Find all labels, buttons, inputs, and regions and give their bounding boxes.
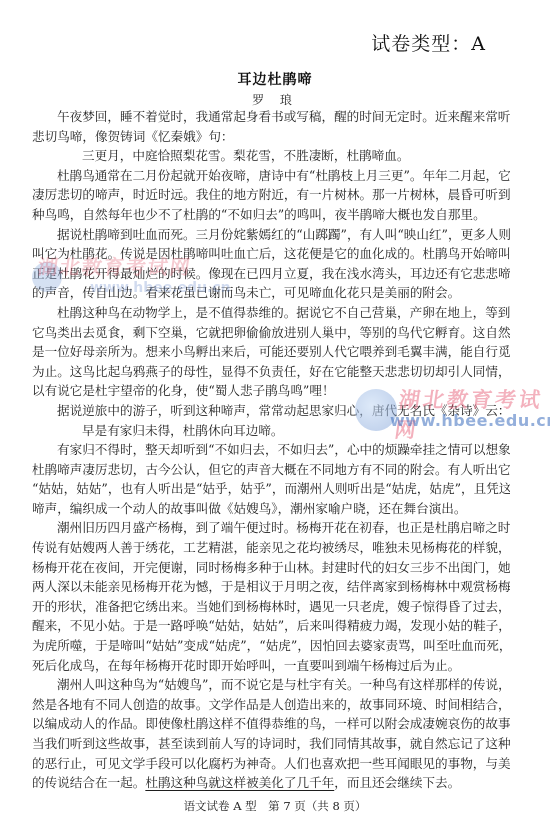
final-text-line: 的传说结合在一起。杜鹃这种鸟就这样被美化了几千年，而且还会继续下去。 (32, 773, 510, 793)
text-line: 种鸟鸣，自然每年也少不了杜鹃的“不如归去”的鸣叫，夜半鹃啼大概也发自那里。 (32, 205, 510, 225)
watermark-url: www.hbee.edu.cn (390, 411, 550, 430)
text-line: 杜鹃鸟通常在二月份起就开始夜啼，唐诗中有“杜鹃枝上月三更”。年年二月起，它的 (32, 166, 510, 186)
article-body: 午夜梦回，睡不着觉时，我通常起身看书或写稿，醒的时间无定时。近来醒来常听见 悲切… (32, 107, 510, 793)
watermark-url: www.hbee.edu.cn (90, 280, 231, 296)
text-line: 潮州人叫这种鸟为“姑嫂鸟”，而不说它是与杜宇有关。一种鸟有这样那样的传说，自 (32, 675, 510, 695)
text-line: 杨梅开花在夜间，开完便谢，同时杨梅多种于山林。封建时代的妇女三步不出闺门，她们 (32, 558, 510, 578)
text-line: 据说杜鹃啼到吐血而死。三月份姹紫嫣红的“山踯躅”，有人叫“映山红”，更多人则 (32, 225, 510, 245)
watermark-text: 湖北教育考试网 (36, 251, 194, 280)
text-line: 它鸟类出去觅食，剩下空巢，它就把卵偷偷放进别人巢中，等别的鸟代它孵育。这自然不 (32, 323, 510, 343)
final-line-start: 的传说结合在一起。 (32, 775, 145, 790)
text-line: 以编成动人的作品。即使像杜鹃这样不值得恭维的鸟，一样可以附会成凄婉哀伤的故事。 (32, 714, 510, 734)
text-line: 杜鹃啼声凄厉悲切，古今公认，但它的声音大概在不同地方有不同的附会。有人听出它是 (32, 460, 510, 480)
text-line: 杜鹃这种鸟在动物学上，是不值得恭维的。据说它不自己营巢，产卵在地上，等到其 (32, 303, 510, 323)
article-title: 耳边杜鹃啼 (0, 69, 550, 89)
text-line: 为虎所噬，于是啼叫“姑姑”变成“姑虎”，“姑虎”，因怕回去婆家责骂，叫至吐血而死… (32, 636, 510, 656)
text-line: 的恶行止，可见文学手段可以化腐朽为神奇。人们也喜欢把一些耳闻眼见的事物，与美好 (32, 754, 510, 774)
text-line: 午夜梦回，睡不着觉时，我通常起身看书或写稿，醒的时间无定时。近来醒来常听见 (32, 107, 510, 127)
text-line: 传说有姑嫂两人善于绣花，工艺精湛，能亲见之花均被绣尽，唯独未见杨梅花的样貌，而 (32, 538, 510, 558)
poem-line: 三更月，中庭恰照梨花雪。梨花雪，不胜凄断，杜鹃啼血。 (32, 146, 510, 166)
exam-page: 试卷类型：A 耳边杜鹃啼 罗 琅 午夜梦回，睡不着觉时，我通常起身看书或写稿，醒… (0, 0, 550, 825)
text-line: 啼声，编织成一个动人的故事叫做《姑嫂鸟》，潮州家喻户晓，还在舞台演出。 (32, 499, 510, 519)
page-footer: 语文试卷 A 型 第 7 页（共 8 页） (0, 798, 550, 814)
article-author: 罗 琅 (0, 91, 550, 108)
text-line: 死后化成鸟，在每年杨梅开花时即开始呼叫，一直要叫到端午杨梅过后为止。 (32, 656, 510, 676)
text-line: 是一位好母亲所为。想来小鸟孵出来后，可能还要别人代它喂养到毛翼丰满，能自行觅食 (32, 342, 510, 362)
text-line: 凄厉悲切的啼声，时近时远。我住的地方附近，有一片树林。那一片树林，晨昏可听到各 (32, 185, 510, 205)
text-line: 两人深以未能亲见杨梅开花为憾，于是相议于月明之夜，结伴离家到杨梅林中观赏杨梅花 (32, 577, 510, 597)
exam-type-label: 试卷类型：A (371, 29, 486, 56)
text-line: 悲切鸟啼，像贺铸词《忆秦娥》句： (32, 127, 510, 147)
text-line: 当我们听到这些故事，甚至读到前人写的诗词时，我们同情其故事，就自然忘记了这种鸟 (32, 734, 510, 754)
text-line: 开的形状，准备把它绣出来。当她们到杨梅林时，遇见一只老虎，嫂子惊得昏了过去，及 (32, 597, 510, 617)
final-line-end: ，而且还会继续下去。 (334, 775, 460, 790)
text-line: 潮州旧历四月盛产杨梅，到了端午便过时。杨梅开花在初春，也正是杜鹃启啼之时。 (32, 518, 510, 538)
text-line: “姑姑，姑姑”，也有人听出是“姑乎，姑乎”，而潮州人则听出是“姑虎，姑虎”，且凭… (32, 479, 510, 499)
text-line: 醒来，不见小姑。于是一路呼唤“姑姑，姑姑”，后来叫得精疲力竭，发现小姑的鞋子，知 (32, 616, 510, 636)
text-line: 然是各地有不同人创造的故事。文学作品是人创造出来的，故事同环境、时间相结合，可 (32, 695, 510, 715)
text-line: 为止。这鸟比起乌鸦燕子的母性，显得不负责任，好在它能整天悲悲切切却引人同情，所 (32, 362, 510, 382)
underlined-sentence: 杜鹃这种鸟就这样被美化了几千年 (145, 775, 334, 790)
